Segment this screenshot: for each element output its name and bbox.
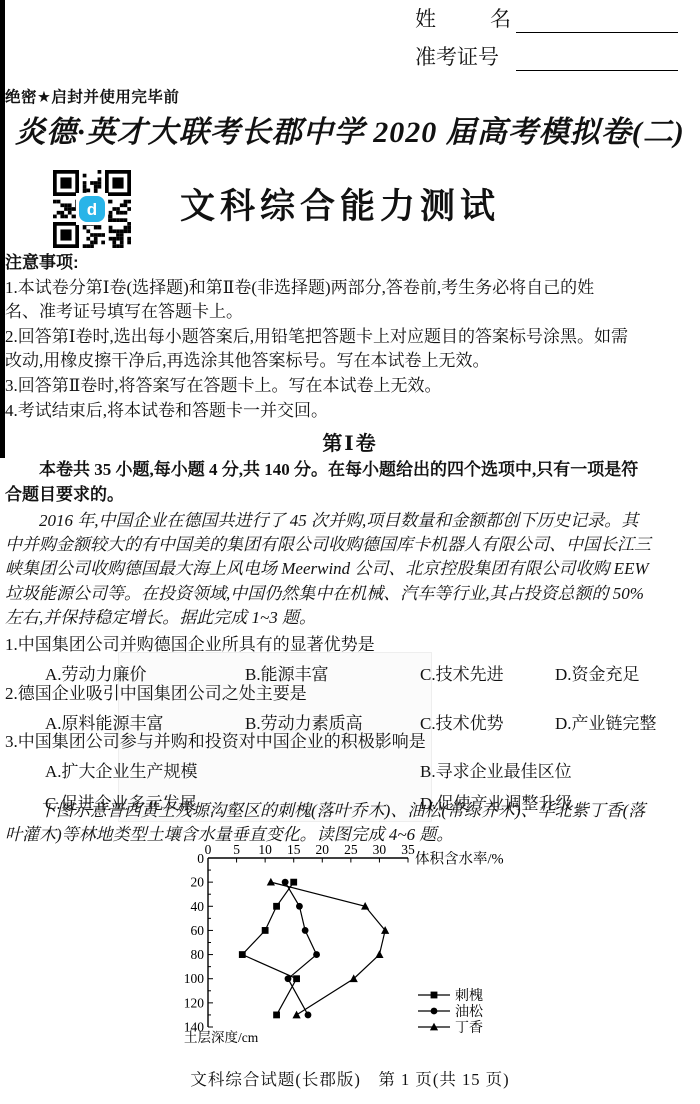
svg-text:40: 40 [191,899,205,914]
question-1-stem: 1.中国集团公司并购德国企业所具有的显著优势是 [5,630,696,655]
exam-no-field-row: 准考证号 [415,41,678,71]
svg-text:30: 30 [373,843,387,857]
svg-text:10: 10 [258,843,272,857]
soil-moisture-chart: 05101520253035204060801001201400体积含水率/%土… [182,843,554,1055]
text-line: 2.回答第Ⅰ卷时,选出每小题答案后,用铅笔把答题卡上对应题目的答案标号涂黑。如需 [5,325,696,350]
svg-text:20: 20 [191,875,205,890]
exam-no-label: 准考证号 [415,41,511,71]
secrecy-notice: 绝密★启封并使用完毕前 [5,85,179,107]
text-line: 中并购金额较大的有中国美的集团有限公司收购德国库卡机器人有限公司、中国长江三 [5,533,696,557]
section-1-heading: 第Ⅰ卷 [0,427,700,456]
option-3a: A.扩大企业生产规模 [45,757,420,782]
text-line: 改动,用橡皮擦干净后,再选涂其他答案标号。写在本试卷上无效。 [5,349,696,374]
svg-text:5: 5 [233,843,240,857]
svg-text:0: 0 [205,843,212,857]
svg-text:土层深度/cm: 土层深度/cm [184,1029,259,1045]
svg-text:100: 100 [184,971,205,986]
svg-text:20: 20 [316,843,330,857]
text-line: 左右,并保持稳定增长。据此完成 1~3 题。 [5,606,696,630]
svg-text:25: 25 [344,843,358,857]
notice-lines: 1.本试卷分第Ⅰ卷(选择题)和第Ⅱ卷(非选择题)两部分,答卷前,考生务必将自己的… [5,276,696,424]
svg-text:d: d [87,200,97,219]
question-3-stem: 3.中国集团公司参与并购和投资对中国企业的积极影响是 [5,727,696,752]
text-line: 下图示意晋西黄土残塬沟壑区的刺槐(落叶乔木)、油松(常绿乔木)、华北紫丁香(落 [5,799,696,823]
svg-text:120: 120 [184,995,205,1010]
text-line: 1.本试卷分第Ⅰ卷(选择题)和第Ⅱ卷(非选择题)两部分,答卷前,考生务必将自己的… [5,276,696,301]
notice-heading: 注意事项: [5,251,696,276]
text-line: 本卷共 35 小题,每小题 4 分,共 140 分。在每小题给出的四个选项中,只… [5,457,696,482]
question-1: 1.中国集团公司并购德国企业所具有的显著优势是 A.劳动力廉价 B.能源丰富 C… [5,630,696,685]
text-line: 4.考试结束后,将本试卷和答题卡一并交回。 [5,399,696,424]
name-field-row: 姓 名 [415,3,678,33]
exam-no-blank-line [516,45,678,71]
exam-series-title: 炎德·英才大联考长郡中学 2020 届高考模拟卷(二) [0,107,700,151]
name-label: 姓 名 [415,3,511,33]
section-1-instructions: 本卷共 35 小题,每小题 4 分,共 140 分。在每小题给出的四个选项中,只… [5,457,696,507]
svg-text:油松: 油松 [455,1003,484,1020]
name-label-char1: 姓 [415,3,436,33]
svg-text:刺槐: 刺槐 [455,987,483,1004]
svg-text:体积含水率/%: 体积含水率/% [415,851,504,868]
passage-1: 2016 年,中国企业在德国共进行了 45 次并购,项目数量和金额都创下历史记录… [5,509,696,630]
paper-title: 文科综合能力测试 [140,179,540,229]
svg-text:丁香: 丁香 [455,1020,483,1036]
qr-code: d [49,166,135,252]
passage-2: 下图示意晋西黄土残塬沟壑区的刺槐(落叶乔木)、油松(常绿乔木)、华北紫丁香(落叶… [5,799,696,847]
name-label-char2: 名 [490,3,511,33]
text-line: 合题目要求的。 [5,482,696,507]
question-2: 2.德国企业吸引中国集团公司之处主要是 A.原料能源丰富 B.劳动力素质高 C.… [5,679,696,734]
text-line: 名、准考证号填写在答题卡上。 [5,300,696,325]
page-footer: 文科综合试题(长郡版) 第 1 页(共 15 页) [0,1066,700,1090]
svg-text:35: 35 [401,843,415,857]
svg-text:60: 60 [191,923,205,938]
text-line: 峡集团公司收购德国最大海上风电场 Meerwind 公司、北京控股集团有限公司收… [5,557,696,581]
text-line: 垃圾能源公司等。在投资领域,中国仍然集中在机械、汽车等行业,其占投资总额的 50… [5,582,696,606]
name-blank-line [516,7,678,33]
svg-text:0: 0 [197,851,204,866]
svg-text:80: 80 [191,947,205,962]
text-line: 3.回答第Ⅱ卷时,将答案写在答题卡上。写在本试卷上无效。 [5,374,696,399]
question-2-stem: 2.德国企业吸引中国集团公司之处主要是 [5,679,696,704]
notice-section: 注意事项: 1.本试卷分第Ⅰ卷(选择题)和第Ⅱ卷(非选择题)两部分,答卷前,考生… [5,251,696,423]
option-3b: B.寻求企业最佳区位 [420,757,696,782]
text-line: 2016 年,中国企业在德国共进行了 45 次并购,项目数量和金额都创下历史记录… [5,509,696,533]
svg-text:15: 15 [287,843,301,857]
